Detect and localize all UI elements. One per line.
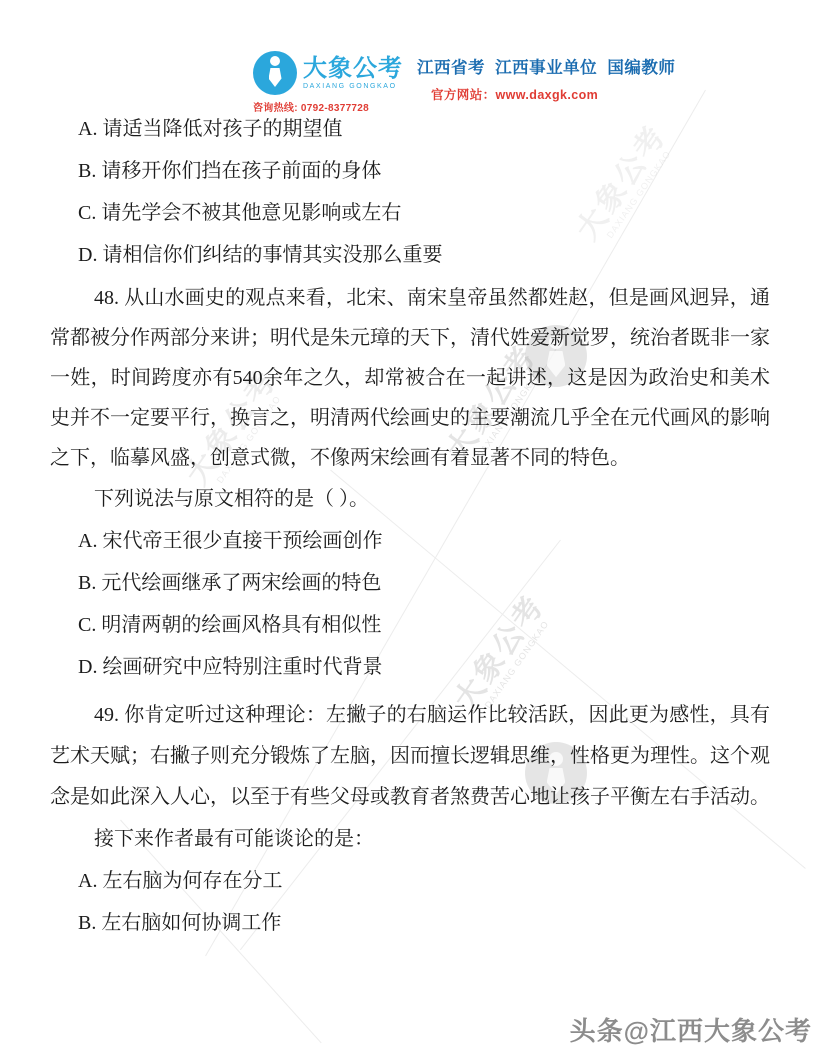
services-line: 江西省考 江西事业单位 国编教师 — [417, 54, 675, 78]
hotline-text: 咨询热线: 0792-8377728 — [253, 99, 403, 114]
option-47-b: B. 请移开你们挡在孩子前面的身体 — [50, 150, 770, 192]
question-49-options: A. 左右脑为何存在分工 B. 左右脑如何协调工作 — [50, 860, 770, 944]
question-48-text: 48. 从山水画史的观点来看，北宋、南宋皇帝虽然都姓赵，但是画风迥异，通常都被分… — [50, 278, 770, 478]
option-49-b: B. 左右脑如何协调工作 — [50, 902, 770, 944]
option-49-a: A. 左右脑为何存在分工 — [50, 860, 770, 902]
daxiang-elephant-logo-icon — [253, 51, 297, 95]
option-47-a: A. 请适当降低对孩子的期望值 — [50, 108, 770, 150]
brand-left: 大象公考 DAXIANG GONGKAO 咨询热线: 0792-8377728 — [253, 51, 403, 114]
brand-name: 大象公考 — [303, 56, 403, 82]
brand-right: 江西省考 江西事业单位 国编教师 官方网站：www.daxgk.com — [417, 51, 675, 103]
option-47-d: D. 请相信你们纠结的事情其实没那么重要 — [50, 234, 770, 276]
brand-name-en: DAXIANG GONGKAO — [303, 83, 403, 90]
option-48-c: C. 明清两朝的绘画风格具有相似性 — [50, 604, 770, 646]
exam-page: 大象公考 DAXIANG GONGKAO 大象公考 DAXIANG GONGKA… — [0, 0, 816, 1056]
question-49-stem: 接下来作者最有可能谈论的是： — [50, 818, 770, 860]
toutiao-watermark: 头条@江西大象公考 — [570, 1011, 812, 1048]
question-48-options: A. 宋代帝王很少直接干预绘画创作 B. 元代绘画继承了两宋绘画的特色 C. 明… — [50, 520, 770, 688]
brand-header: 大象公考 DAXIANG GONGKAO 咨询热线: 0792-8377728 … — [253, 51, 675, 114]
question-49-text: 49. 你肯定听过这种理论：左撇子的右脑运作比较活跃，因此更为感性，具有艺术天赋… — [50, 695, 770, 818]
website-line: 官方网站：www.daxgk.com — [417, 85, 675, 103]
option-48-d: D. 绘画研究中应特别注重时代背景 — [50, 646, 770, 688]
toutiao-watermark-text: 头条@江西大象公考 — [570, 1016, 812, 1046]
question-47-options: A. 请适当降低对孩子的期望值 B. 请移开你们挡在孩子前面的身体 C. 请先学… — [50, 108, 770, 276]
question-48-stem: 下列说法与原文相符的是（ ）。 — [50, 478, 770, 520]
question-content: A. 请适当降低对孩子的期望值 B. 请移开你们挡在孩子前面的身体 C. 请先学… — [0, 100, 816, 944]
option-48-b: B. 元代绘画继承了两宋绘画的特色 — [50, 562, 770, 604]
option-47-c: C. 请先学会不被其他意见影响或左右 — [50, 192, 770, 234]
option-48-a: A. 宋代帝王很少直接干预绘画创作 — [50, 520, 770, 562]
